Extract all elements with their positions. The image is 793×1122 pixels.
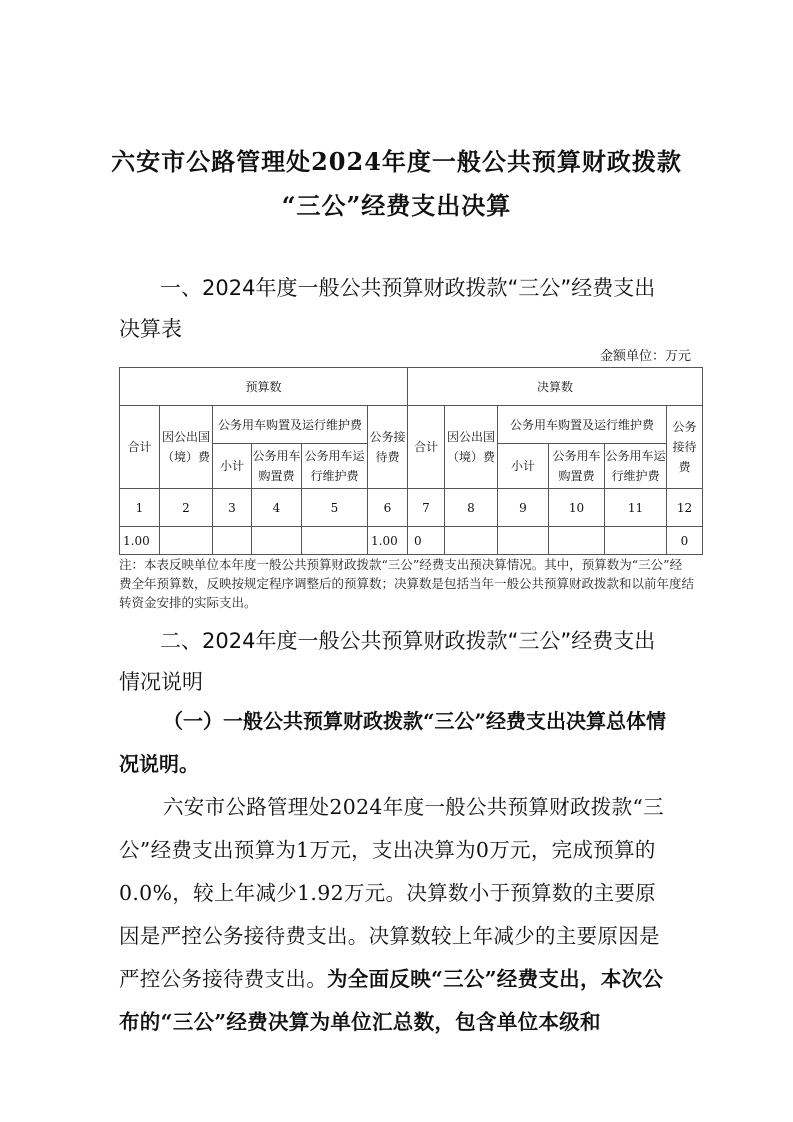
unit-label: 金额单位：万元 [600,345,691,364]
col-number: 5 [302,489,368,527]
body-paragraph: 六安市公路管理处2024年度一般公共预算财政拨款“三公”经费支出预算为1万元，支… [119,786,674,1044]
header-vehicle-operation: 公务用车运行维护费 [605,444,667,489]
table-note: 注：本表反映单位本年度一般公共预算财政拨款“三公”经费支出预决算情况。其中，预算… [119,555,694,612]
col-number: 4 [252,489,302,527]
header-total: 合计 [408,406,445,489]
col-number: 2 [160,489,213,527]
value-cell [213,527,252,555]
header-abroad: 因公出国（境）费 [445,406,498,489]
col-number: 1 [120,489,160,527]
col-number: 3 [213,489,252,527]
header-vehicle-purchase: 公务用车购置费 [549,444,605,489]
col-number: 7 [408,489,445,527]
document-title-line-2: “三公”经费支出决算 [0,186,793,221]
value-cell [605,527,667,555]
value-cell [160,527,213,555]
value-cell: 0 [667,527,703,555]
col-number: 12 [667,489,703,527]
header-subtotal: 小计 [213,444,252,489]
section-2-heading: 二、2024年度一般公共预算财政拨款“三公”经费支出 [160,625,655,655]
header-subtotal: 小计 [498,444,549,489]
three-public-expenditure-table: 预算数 决算数 合计 因公出国（境）费 公务用车购置及运行维护费 公务接待费 合… [119,367,703,555]
header-vehicle-group: 公务用车购置及运行维护费 [498,406,667,444]
header-vehicle-group: 公务用车购置及运行维护费 [213,406,368,444]
value-cell: 1.00 [368,527,408,555]
section-1-heading-cont: 决算表 [119,313,182,343]
header-budget: 预算数 [120,368,408,406]
value-cell [302,527,368,555]
section-1-heading: 一、2024年度一般公共预算财政拨款“三公”经费支出 [160,272,655,302]
header-reception: 公务接待费 [667,406,703,489]
header-vehicle-purchase: 公务用车购置费 [252,444,302,489]
value-cell: 1.00 [120,527,160,555]
value-cell [252,527,302,555]
value-cell [445,527,498,555]
header-reception: 公务接待费 [368,406,408,489]
header-total: 合计 [120,406,160,489]
body-text: 六安市公路管理处2024年度一般公共预算财政拨款“三公”经费支出预算为1万元，支… [119,795,664,991]
header-final-accounts: 决算数 [408,368,703,406]
subsection-1-heading: （一）一般公共预算财政拨款“三公”经费支出决算总体情况说明。 [119,700,674,786]
col-number: 9 [498,489,549,527]
value-cell [549,527,605,555]
header-vehicle-operation: 公务用车运行维护费 [302,444,368,489]
header-abroad: 因公出国（境）费 [160,406,213,489]
table-row-column-numbers: 1 2 3 4 5 6 7 8 9 10 11 12 [120,489,703,527]
col-number: 6 [368,489,408,527]
col-number: 11 [605,489,667,527]
col-number: 8 [445,489,498,527]
section-2-heading-cont: 情况说明 [119,666,203,696]
value-cell [498,527,549,555]
subsection-1-heading-line-1: （一）一般公共预算财政拨款“三公”经费支出决算总 [163,709,626,733]
col-number: 10 [549,489,605,527]
value-cell: 0 [408,527,445,555]
table-row-values: 1.00 1.00 0 0 [120,527,703,555]
document-title-line-1: 六安市公路管理处2024年度一般公共预算财政拨款 [0,142,793,177]
